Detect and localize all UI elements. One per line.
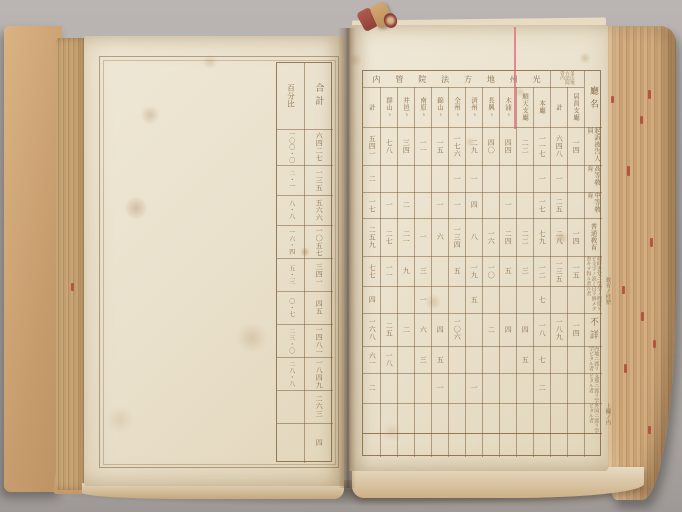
percent-cell: 二・一 bbox=[277, 165, 304, 195]
table-cell: 九 bbox=[397, 256, 414, 286]
table-cell: 一 bbox=[465, 373, 482, 403]
total-cell: 四 bbox=[304, 423, 333, 463]
red-ruled-line bbox=[514, 27, 516, 129]
table-cell: 六一 bbox=[363, 346, 380, 373]
column-header: 南原ゝ bbox=[414, 87, 431, 127]
foxing-stain bbox=[554, 231, 568, 245]
total-cell: 一三五 bbox=[304, 165, 333, 195]
table-cell: 一〇六 bbox=[448, 313, 465, 346]
table-cell: 七七 bbox=[363, 256, 380, 286]
percent-cell: 一〇〇・〇 bbox=[277, 129, 304, 165]
table-cell: 一 bbox=[499, 192, 516, 218]
table-cell: 一 bbox=[448, 165, 465, 192]
column-header: 井邑ゝ bbox=[397, 87, 414, 127]
red-edge-mark bbox=[650, 238, 653, 247]
table-cell: 一七 bbox=[363, 192, 380, 218]
page-bottom-edges-right bbox=[352, 467, 644, 498]
table-cell: 一二 bbox=[533, 256, 550, 286]
column-header: 錦山ゝ bbox=[431, 87, 448, 127]
foxing-stain bbox=[465, 137, 475, 147]
table-cell: 五 bbox=[448, 256, 465, 286]
photo-backdrop: 百分比合計一〇〇・〇六四二七二・一一三五八・八五六六一六・四一〇五七五・三三四一… bbox=[0, 0, 682, 512]
total-cell: 三四一 bbox=[304, 258, 333, 291]
group-header-char: 地 bbox=[487, 74, 495, 85]
grid-line bbox=[363, 286, 602, 287]
percent-cell: 八・八 bbox=[277, 195, 304, 225]
percent-cell: 二八・八 bbox=[277, 357, 304, 390]
row-label: 普通敎育 bbox=[584, 218, 602, 256]
table-cell: 一四 bbox=[567, 127, 584, 165]
row-label: 中等敎育 bbox=[584, 192, 602, 218]
table-cell: 一六八 bbox=[363, 313, 380, 346]
table-cell: 一 bbox=[431, 373, 448, 403]
margin-label-upper-note: 上欄ノ内 bbox=[602, 372, 611, 456]
left-summary-table: 百分比合計一〇〇・〇六四二七二・一一三五八・八五六六一六・四一〇五七五・三三四一… bbox=[276, 62, 332, 462]
row-label: 起訴被告人員 bbox=[584, 127, 602, 165]
percent-cell: 〇・七 bbox=[277, 291, 304, 324]
row-label: 外国ニ渡リ学ビタル者 bbox=[584, 403, 602, 433]
total-cell: 六四二七 bbox=[304, 129, 333, 165]
table-cell: 七九 bbox=[533, 218, 550, 256]
table-cell: 六四八 bbox=[550, 127, 567, 165]
table-cell: 二 bbox=[533, 373, 550, 403]
group-header-char: 方 bbox=[464, 74, 472, 85]
group-header-char: 管 bbox=[395, 74, 403, 85]
red-edge-mark bbox=[611, 96, 614, 103]
table-cell: 一五 bbox=[567, 256, 584, 286]
table-cell: 三 bbox=[414, 346, 431, 373]
table-cell: 二五九 bbox=[363, 218, 380, 256]
table-cell: 七 bbox=[533, 286, 550, 313]
table-cell: 六 bbox=[414, 313, 431, 346]
table-cell: 四 bbox=[363, 286, 380, 313]
foxing-stain bbox=[515, 87, 525, 97]
column-header: 計 bbox=[363, 87, 380, 127]
table-cell: 一 bbox=[414, 218, 431, 256]
group-header-char: 内 bbox=[372, 74, 380, 85]
row-label: 支那ニ渡リ学ビタル者 bbox=[584, 373, 602, 403]
table-cell: 四 bbox=[499, 313, 516, 346]
table-cell: 二七 bbox=[380, 218, 397, 256]
total-cell: 四五 bbox=[304, 291, 333, 324]
table-cell: 四四 bbox=[499, 127, 516, 165]
table-cell: 一一 bbox=[414, 127, 431, 165]
table-cell: 二 bbox=[363, 373, 380, 403]
table-cell: 一一 bbox=[380, 256, 397, 286]
table-cell: 一〇 bbox=[482, 256, 499, 286]
table-cell: 五四一 bbox=[363, 127, 380, 165]
red-edge-mark bbox=[627, 166, 630, 176]
book-gutter bbox=[338, 28, 356, 488]
row-label: 仝ノ程度ヲ自ラ修メタル者 bbox=[584, 286, 602, 313]
table-cell: 二二 bbox=[516, 127, 533, 165]
table-cell: 二 bbox=[482, 313, 499, 346]
table-cell: 一 bbox=[550, 165, 567, 192]
foxing-stain bbox=[382, 422, 402, 442]
table-cell: 一五 bbox=[431, 127, 448, 165]
table-cell: 八 bbox=[465, 218, 482, 256]
foxing-stain bbox=[300, 247, 310, 257]
table-cell: 一 bbox=[533, 165, 550, 192]
table-cell: 五 bbox=[499, 256, 516, 286]
table-cell: 一八 bbox=[533, 313, 550, 346]
total-cell: 二六三 bbox=[304, 390, 333, 423]
table-cell: 四 bbox=[516, 313, 533, 346]
red-edge-mark bbox=[71, 283, 74, 291]
table-cell: 六 bbox=[431, 218, 448, 256]
foxing-stain bbox=[124, 196, 148, 220]
table-cell: 二 bbox=[363, 165, 380, 192]
table-cell: 四〇 bbox=[482, 127, 499, 165]
column-header: 居昌支廳 bbox=[567, 87, 584, 127]
table-cell: 三四 bbox=[397, 127, 414, 165]
book-front-cover bbox=[4, 26, 62, 492]
table-cell: 一 bbox=[431, 192, 448, 218]
table-cell: 一四 bbox=[567, 218, 584, 256]
table-cell: 二二 bbox=[516, 218, 533, 256]
table-cell: 七 bbox=[533, 346, 550, 373]
group-header-char: 院 bbox=[418, 74, 426, 85]
foxing-stain bbox=[579, 52, 591, 64]
foxing-stain bbox=[202, 54, 218, 70]
table-cell: 一 bbox=[465, 165, 482, 192]
foxing-stain bbox=[140, 105, 160, 125]
grid-line bbox=[363, 373, 602, 374]
table-cell: 一三五 bbox=[550, 256, 567, 286]
table-cell: 一七 bbox=[533, 192, 550, 218]
table-cell: 二五 bbox=[380, 313, 397, 346]
column-header-percent: 百分比 bbox=[277, 63, 304, 129]
foxing-stain bbox=[425, 294, 441, 310]
table-cell: 五 bbox=[465, 286, 482, 313]
grid-line bbox=[363, 346, 602, 347]
group-header-busan: 釜山地方法院管内 bbox=[550, 71, 584, 87]
table-cell: 二一 bbox=[397, 218, 414, 256]
row-label: 不詳 bbox=[584, 313, 602, 346]
table-cell: 一七六 bbox=[448, 127, 465, 165]
group-header-char: 法 bbox=[441, 74, 449, 85]
foxing-stain bbox=[348, 53, 362, 67]
table-cell: 一三四 bbox=[448, 218, 465, 256]
red-edge-mark bbox=[641, 312, 644, 321]
table-cell: 五 bbox=[516, 346, 533, 373]
percent-cell: 二三・〇 bbox=[277, 324, 304, 357]
table-cell: 二四 bbox=[499, 218, 516, 256]
group-header-gwangju: 光州地方法院管内 bbox=[365, 72, 548, 86]
foxing-stain bbox=[236, 322, 268, 354]
table-cell: 一八 bbox=[380, 346, 397, 373]
table-cell: 三 bbox=[516, 256, 533, 286]
table-cell: 七八 bbox=[380, 127, 397, 165]
group-header-char: 光 bbox=[533, 74, 541, 85]
column-header: 長興ゝ bbox=[482, 87, 499, 127]
table-cell: 一六 bbox=[482, 218, 499, 256]
column-header: 全州ゝ bbox=[448, 87, 465, 127]
column-header: 群山ゝ bbox=[380, 87, 397, 127]
margin-label-education: 敎育ノ経歴 bbox=[602, 236, 611, 346]
court-statistics-table: 光州地方法院管内釜山地方法院管内廳名居昌支廳計本廳順天支廳木浦ゝ長興ゝ済州ゝ全州… bbox=[362, 70, 601, 456]
column-header-total: 合計 bbox=[304, 63, 333, 129]
red-edge-mark bbox=[648, 426, 651, 434]
row-label: 幼時書堂ニ学ビ文字ノ読ミ書キヲ得ル者 bbox=[584, 256, 602, 286]
total-cell: 一八四九 bbox=[304, 357, 333, 390]
table-cell: 二五 bbox=[550, 192, 567, 218]
table-cell: 一 bbox=[380, 192, 397, 218]
table-cell: 一 bbox=[448, 192, 465, 218]
table-cell: 二 bbox=[397, 192, 414, 218]
red-edge-mark bbox=[624, 364, 627, 373]
column-header: 計 bbox=[550, 87, 567, 127]
table-cell: 一四 bbox=[567, 313, 584, 346]
percent-cell: 五・三 bbox=[277, 258, 304, 291]
table-cell: 一九 bbox=[465, 256, 482, 286]
foxing-stain bbox=[106, 406, 134, 434]
grid-line bbox=[363, 403, 602, 404]
row-label: 内地ニ渡リ学ビタル者 bbox=[584, 346, 602, 373]
table-cell: 一一七 bbox=[533, 127, 550, 165]
table-cell: 四 bbox=[431, 313, 448, 346]
total-cell: 一四八一 bbox=[304, 324, 333, 357]
table-cell: 四 bbox=[465, 192, 482, 218]
red-edge-mark bbox=[640, 116, 643, 124]
red-edge-mark bbox=[653, 340, 656, 348]
red-edge-mark bbox=[622, 286, 625, 294]
column-header: 済州ゝ bbox=[465, 87, 482, 127]
header-cell-office-name: 廳名 bbox=[584, 71, 602, 127]
table-cell: 二 bbox=[397, 313, 414, 346]
table-cell: 一八九 bbox=[550, 313, 567, 346]
table-cell: 三 bbox=[414, 256, 431, 286]
row-label: 高等敎育 bbox=[584, 165, 602, 192]
table-cell: 五 bbox=[431, 346, 448, 373]
column-header: 本廳 bbox=[533, 87, 550, 127]
red-edge-mark bbox=[648, 90, 651, 99]
total-cell: 五六六 bbox=[304, 195, 333, 225]
